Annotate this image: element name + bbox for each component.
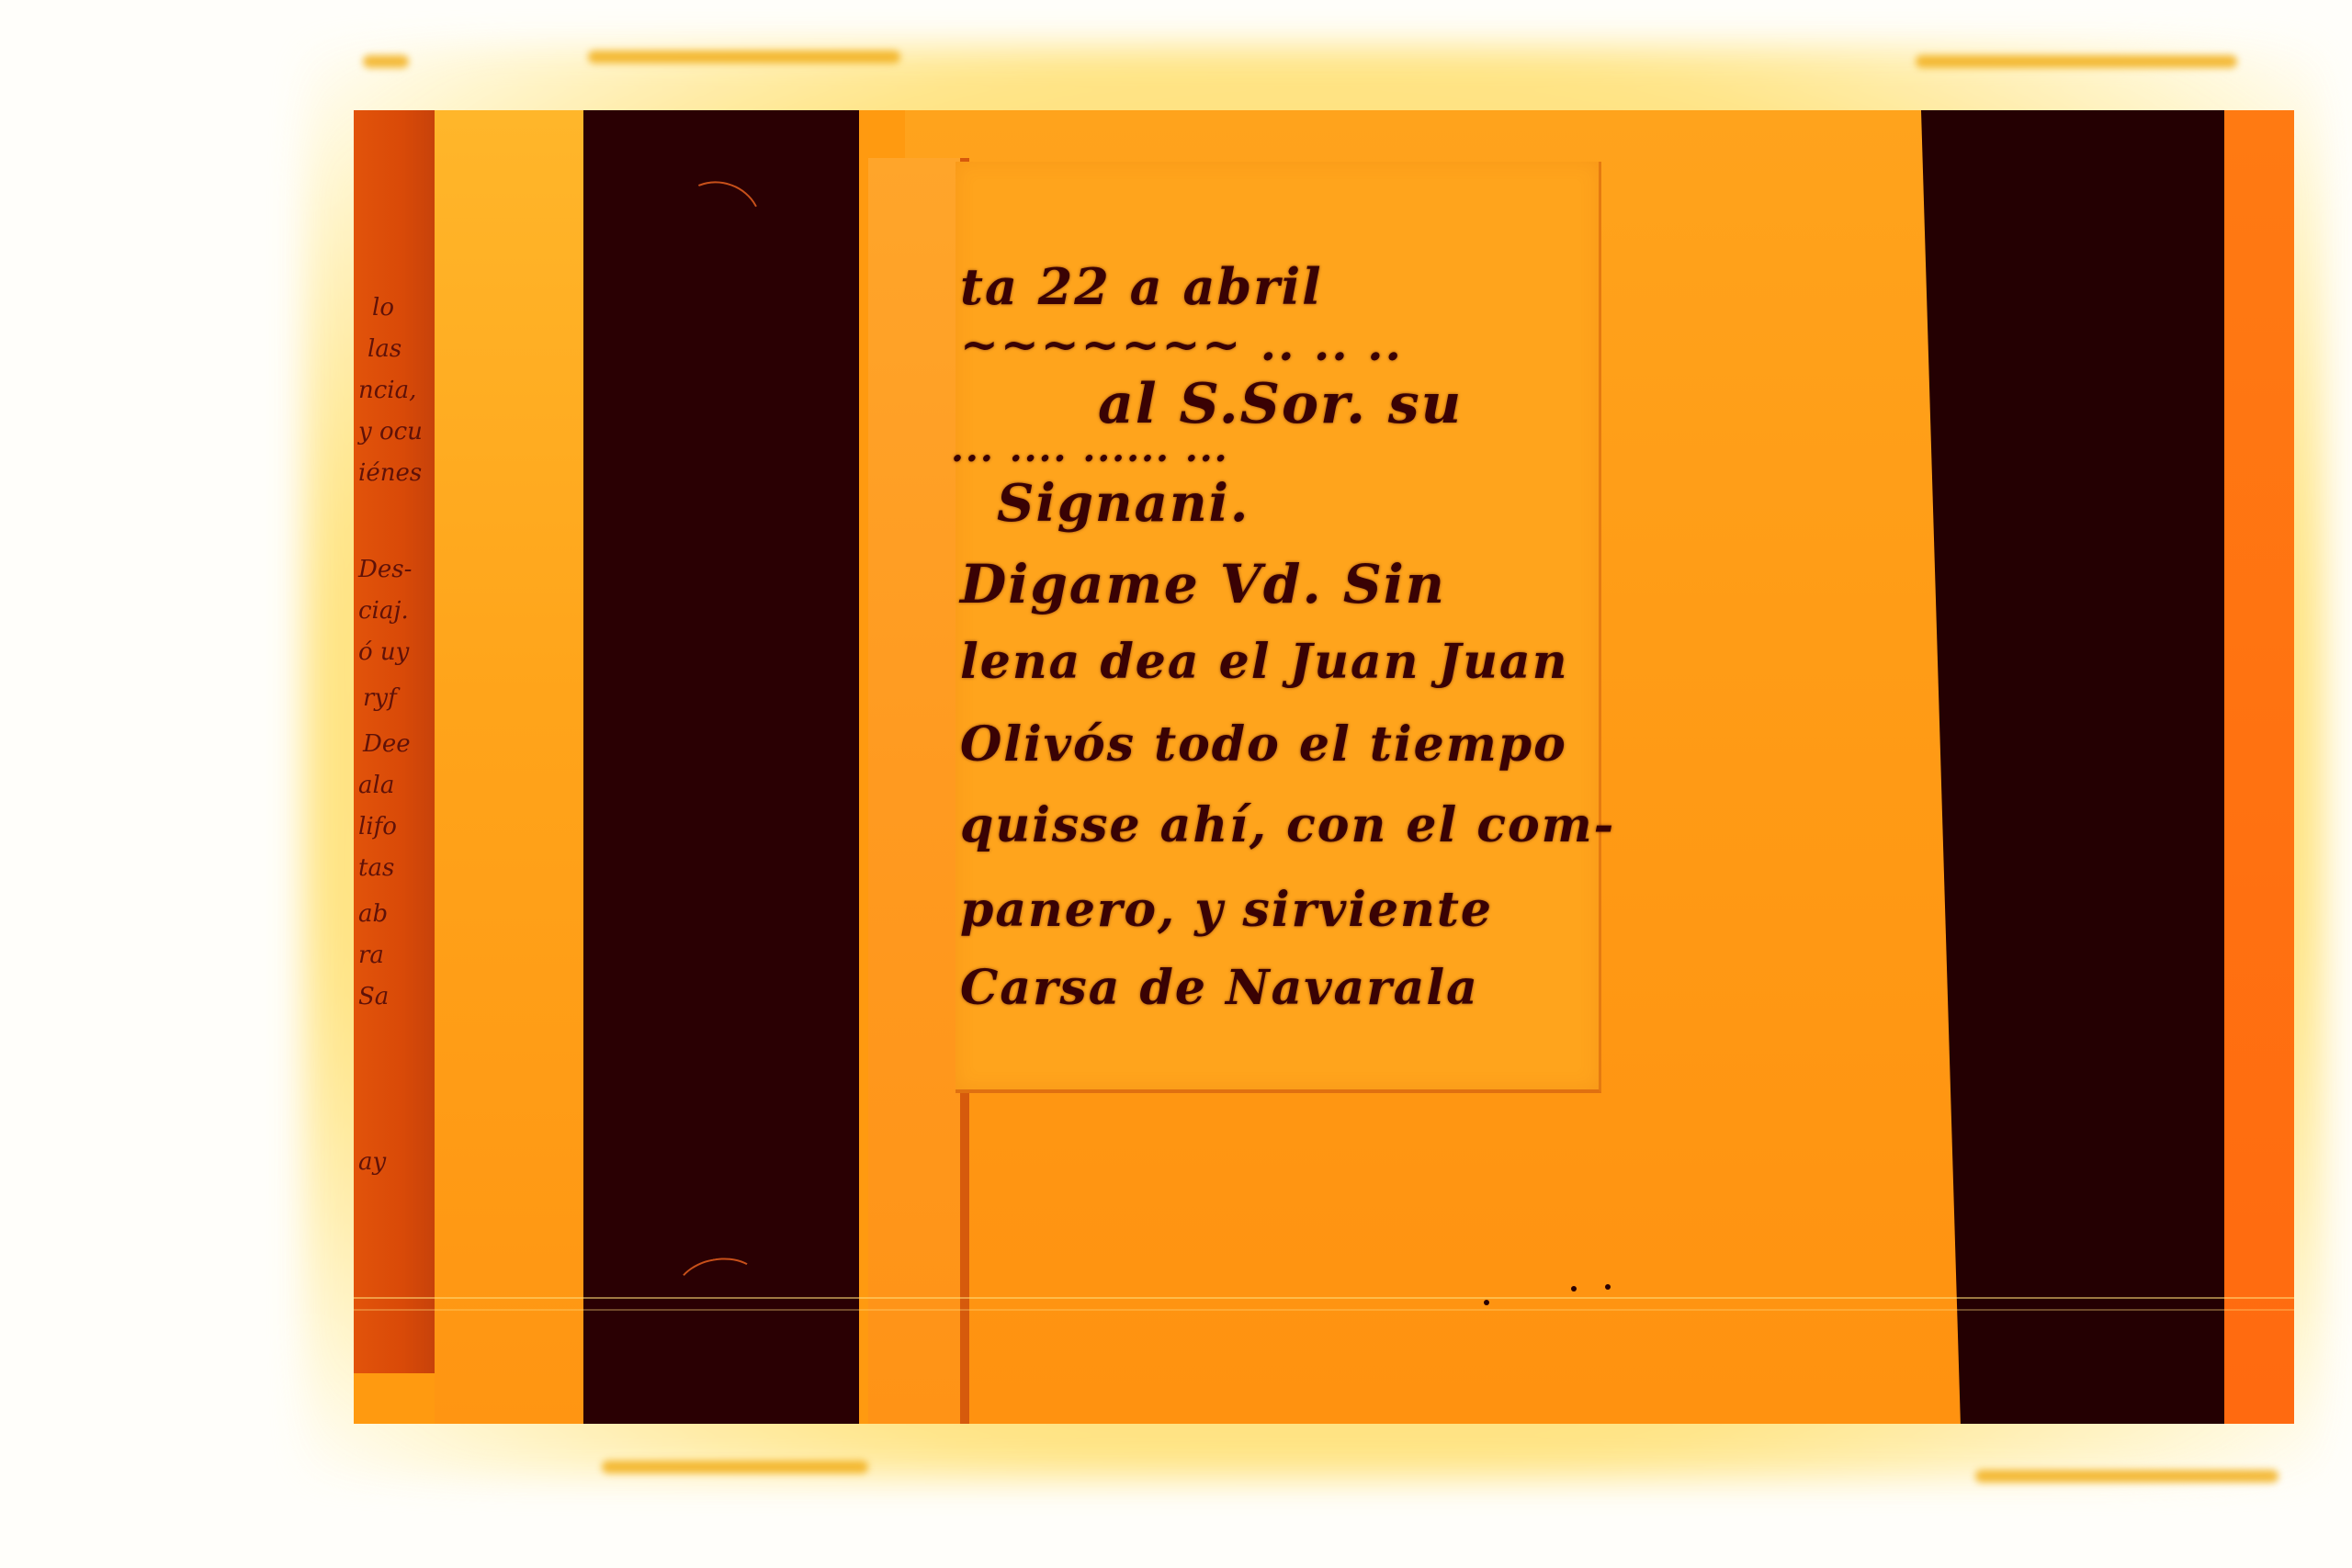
dust-spot: [1605, 1284, 1611, 1290]
manuscript-line-5: Signani.: [997, 473, 1249, 534]
film-smudge-bottom-right: [1975, 1470, 2278, 1483]
manuscript-line-11: Carsa de Navarala: [960, 960, 1479, 1016]
left-dark-panel: [583, 110, 859, 1424]
margin-fragment: ala: [358, 772, 394, 799]
margin-fragment: y ocu: [358, 418, 423, 446]
margin-fragment: lifo: [358, 813, 397, 840]
manuscript-line-2: ~~~~~~~ .. .. ..: [960, 317, 1403, 371]
scratch-mark: [671, 1251, 766, 1324]
scratch-mark: [664, 169, 772, 271]
dust-spot: [1571, 1286, 1577, 1292]
film-smudge-top-left: [363, 55, 409, 68]
document-frame: ta 22 a abril ~~~~~~~ .. .. .. al S.Sor.…: [354, 110, 2294, 1424]
margin-fragment: Des-: [358, 556, 412, 583]
margin-fragment: ryf: [363, 684, 397, 712]
margin-fragment: tas: [358, 854, 394, 882]
right-margin-strip: [2224, 110, 2294, 1424]
manuscript-line-4: ... .... ...... ...: [951, 427, 1229, 470]
margin-fragment: ciaj.: [358, 597, 409, 625]
margin-fragment: Dee: [363, 730, 411, 758]
margin-fragment: Sa: [358, 983, 389, 1010]
margin-fragment: ó uy: [358, 638, 409, 666]
margin-fragment: iénes: [358, 459, 422, 487]
manuscript-line-7: lena dea el Juan Juan: [960, 634, 1569, 690]
scan-line: [354, 1309, 2294, 1311]
margin-fragment: las: [367, 335, 401, 363]
margin-fragment: ra: [358, 942, 384, 969]
manuscript-line-8: Olivós todo el tiempo: [960, 716, 1567, 773]
margin-fragment: ncia,: [358, 377, 416, 404]
left-light-strip: [435, 110, 600, 1424]
right-dark-panel: [1921, 110, 2224, 1424]
manuscript-line-9: quisse ahí, con el com-: [960, 797, 1615, 853]
margin-fragment: ay: [358, 1148, 386, 1176]
folded-paper-strip: [868, 158, 969, 1424]
film-smudge-top-right: [1916, 55, 2237, 68]
dust-spot: [1484, 1300, 1489, 1305]
film-smudge-top-mid: [588, 51, 900, 63]
manuscript-line-10: panero, y sirviente: [960, 882, 1493, 938]
film-smudge-bottom-mid: [602, 1461, 868, 1473]
manuscript-line-6: Digame Vd. Sin: [960, 553, 1446, 615]
margin-fragment: lo: [372, 294, 394, 321]
margin-fragment: ab: [358, 900, 388, 928]
photo-stage: ta 22 a abril ~~~~~~~ .. .. .. al S.Sor.…: [0, 0, 2352, 1568]
scan-line: [354, 1297, 2294, 1299]
manuscript-line-1: ta 22 a abril: [960, 257, 1323, 316]
